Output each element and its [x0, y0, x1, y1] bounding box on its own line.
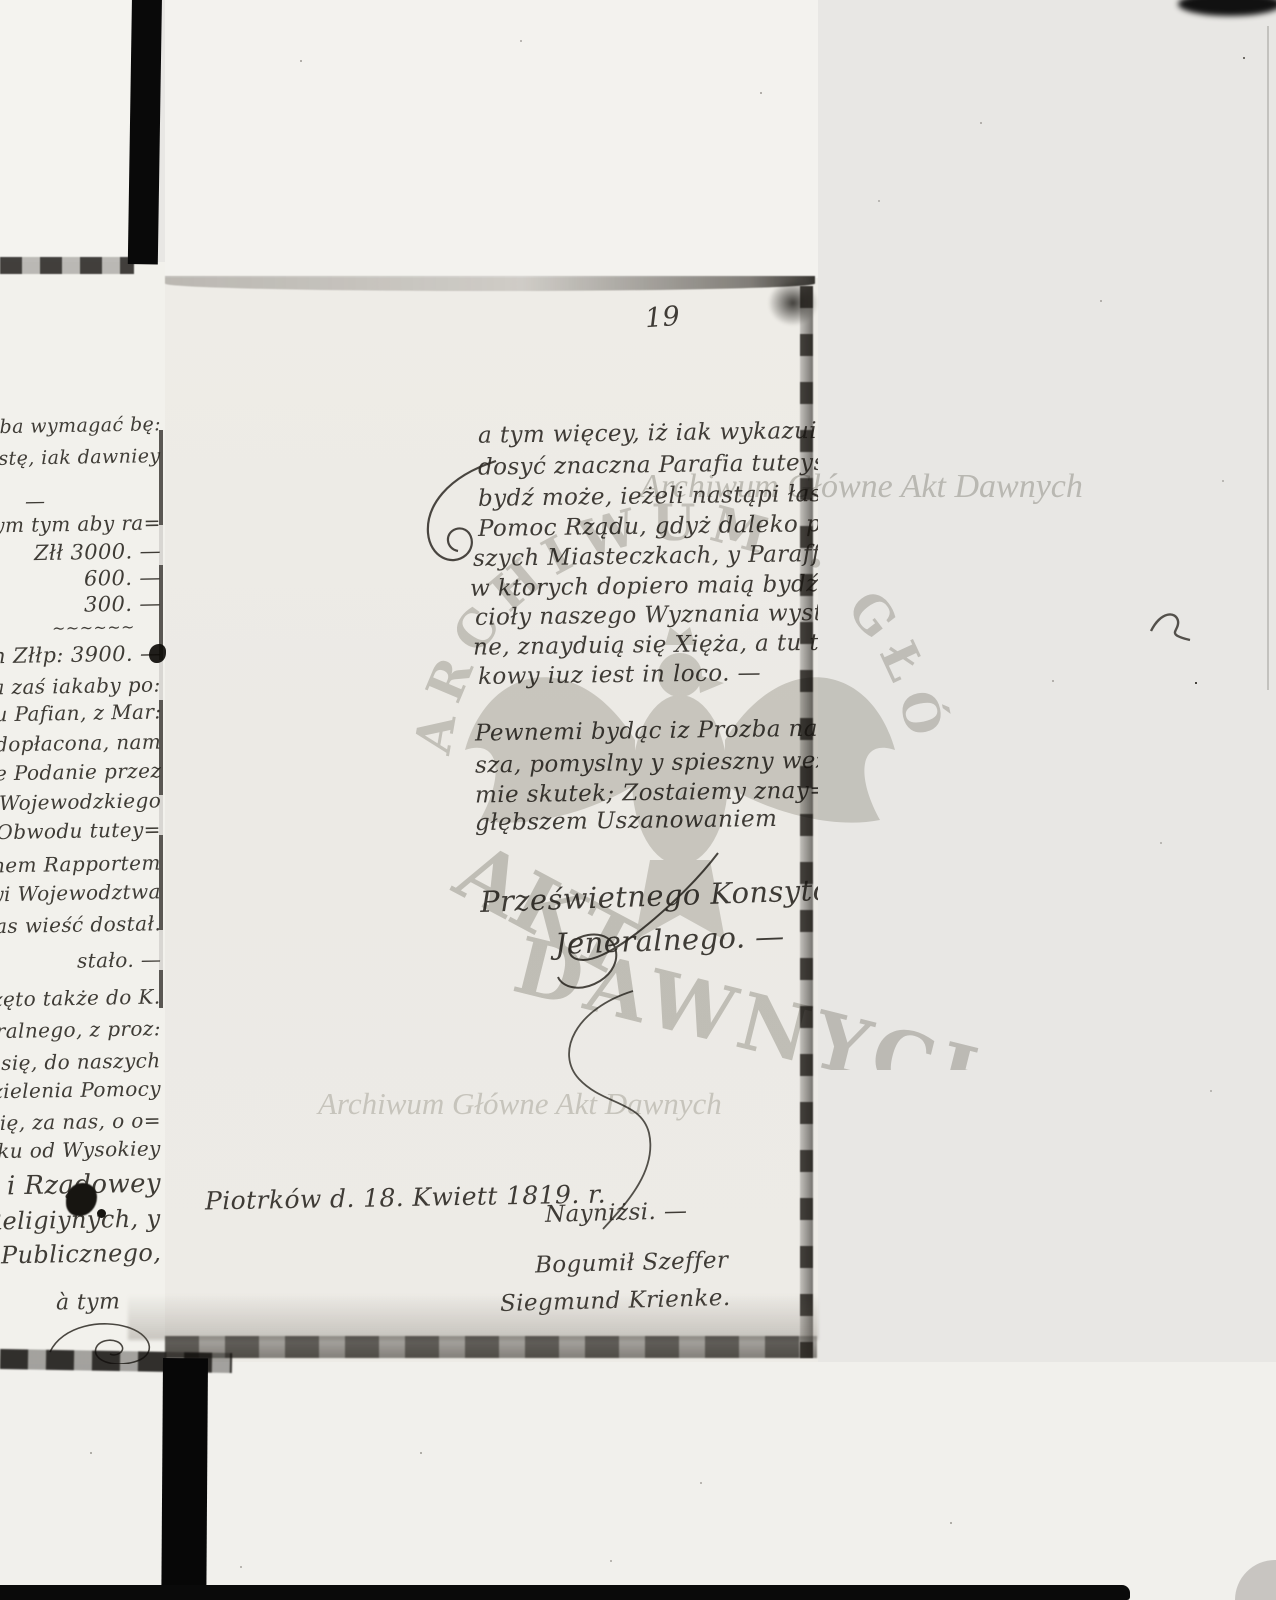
- handwritten-line: nie się, za nas, o o=: [0, 1108, 161, 1136]
- handwritten-line: sza, pomyslny y spieszny wez=: [475, 747, 818, 778]
- signature-line: Nayniżsi. —: [545, 1198, 688, 1228]
- closing-line: Jeneralnego. —: [554, 919, 784, 961]
- handwritten-line: tem Złłp: 3900. —: [0, 641, 161, 668]
- handwritten-line: ne, znayduią się Xięża, a tu ta=: [473, 629, 818, 660]
- handwritten-line: mie skutek; Zostaiemy znay=: [475, 778, 818, 809]
- handwritten-line: eneralnego, z proz:: [0, 1016, 161, 1044]
- handwritten-line: do Obwodu tutey=: [0, 817, 161, 844]
- paper-specks: [0, 0, 2, 2]
- handwritten-line: ta zaś iakaby po:: [0, 672, 161, 699]
- stray-hair-mark: [1146, 606, 1200, 648]
- handwritten-line: kutku od Wysokiey: [0, 1136, 161, 1163]
- archival-scan: rzeba wymagać bę: ollonystę, iak dawniey…: [0, 0, 1276, 1600]
- page-number: 19: [644, 301, 681, 334]
- ink-blot-small: [97, 1209, 106, 1218]
- handwritten-line: głębszem Uszanowaniem: [475, 806, 778, 836]
- handwritten-line: Pewnemi bydąc iz Prozba na=: [475, 715, 818, 746]
- fragment-edge-line: [159, 430, 163, 1008]
- handwritten-line: bydź może, ieżeli nastąpi łaskawa: [478, 480, 818, 512]
- handwritten-line: Pomoc Rządu, gdyż daleko pomniey: [478, 510, 818, 542]
- film-edge-strip: [0, 1585, 1130, 1600]
- handwritten-line: ssyi Wojewodztwa: [0, 879, 161, 906]
- margin-bracket-flourish: [418, 455, 503, 580]
- handwritten-line: szych Miasteczkach, y Paraffiiach,: [473, 540, 818, 572]
- top-left-paper-piece: [0, 0, 133, 263]
- handwritten-line: ze Podanie przez: [0, 758, 161, 785]
- handwritten-line: nym tym aby ra=: [0, 510, 161, 537]
- handwritten-line: ollonystę, iak dawniey: [0, 445, 161, 471]
- page-right-ragged-edge: [800, 286, 813, 1358]
- handwritten-line: ∼∼∼∼∼∼: [52, 617, 135, 637]
- handwritten-line: ou Pafian, z Mar:: [0, 699, 161, 726]
- handwritten-line: dopłacona, nam: [0, 730, 161, 757]
- page-bottom-edge: [165, 1336, 817, 1358]
- handwritten-line: dzielenia Pomocy: [0, 1076, 161, 1103]
- handwritten-line: —: [24, 489, 45, 513]
- handwritten-line: le nas wieść dostał.: [0, 911, 161, 939]
- signature-line: Bogumił Szeffer: [535, 1247, 729, 1278]
- handwritten-line: Złł 3000. —: [34, 539, 161, 565]
- handwritten-line: 300. —: [84, 591, 161, 616]
- handwritten-line: nem Rapportem: [0, 851, 161, 878]
- handwritten-line: dosyć znaczna Parafia tuteysza: [478, 449, 818, 480]
- handwritten-line: cioły naszego Wyznania wystawio: [475, 599, 818, 631]
- handwritten-line: kowy iuz iest in loco. —: [478, 660, 761, 690]
- film-gap-bar-top: [128, 0, 162, 264]
- handwritten-line: Publicznego,: [0, 1239, 161, 1270]
- handwritten-line: rzeba wymagać bę:: [0, 413, 161, 438]
- handwritten-line: w ktorych dopiero maią bydź Kos=: [470, 570, 818, 602]
- corner-dark-blob: [1178, 0, 1276, 16]
- handwritten-line: nia się, do naszych: [0, 1048, 161, 1075]
- handwritten-line: a tym więcey, iż iak wykazuiemy: [478, 417, 818, 448]
- upper-sheet-strip: [165, 0, 818, 279]
- handwritten-line: stało. —: [76, 947, 161, 972]
- closing-line: Prześwietnego Konsytorza: [480, 871, 818, 919]
- handwritten-line: zęto także do K.: [0, 985, 161, 1012]
- scanner-edge-line: [1267, 26, 1269, 690]
- handwritten-line: 600. —: [84, 565, 161, 590]
- page-bottom-smudge: [128, 1294, 818, 1340]
- paper-torn-edge: [0, 257, 134, 274]
- handwritten-line: rza Wojewodzkiego: [0, 788, 161, 816]
- film-gap-bar-bottom: [161, 1358, 208, 1600]
- page-top-edge: [165, 276, 815, 291]
- main-page: 19 a tym więcey, iż iak wykazuiemy dosyć…: [165, 278, 818, 1362]
